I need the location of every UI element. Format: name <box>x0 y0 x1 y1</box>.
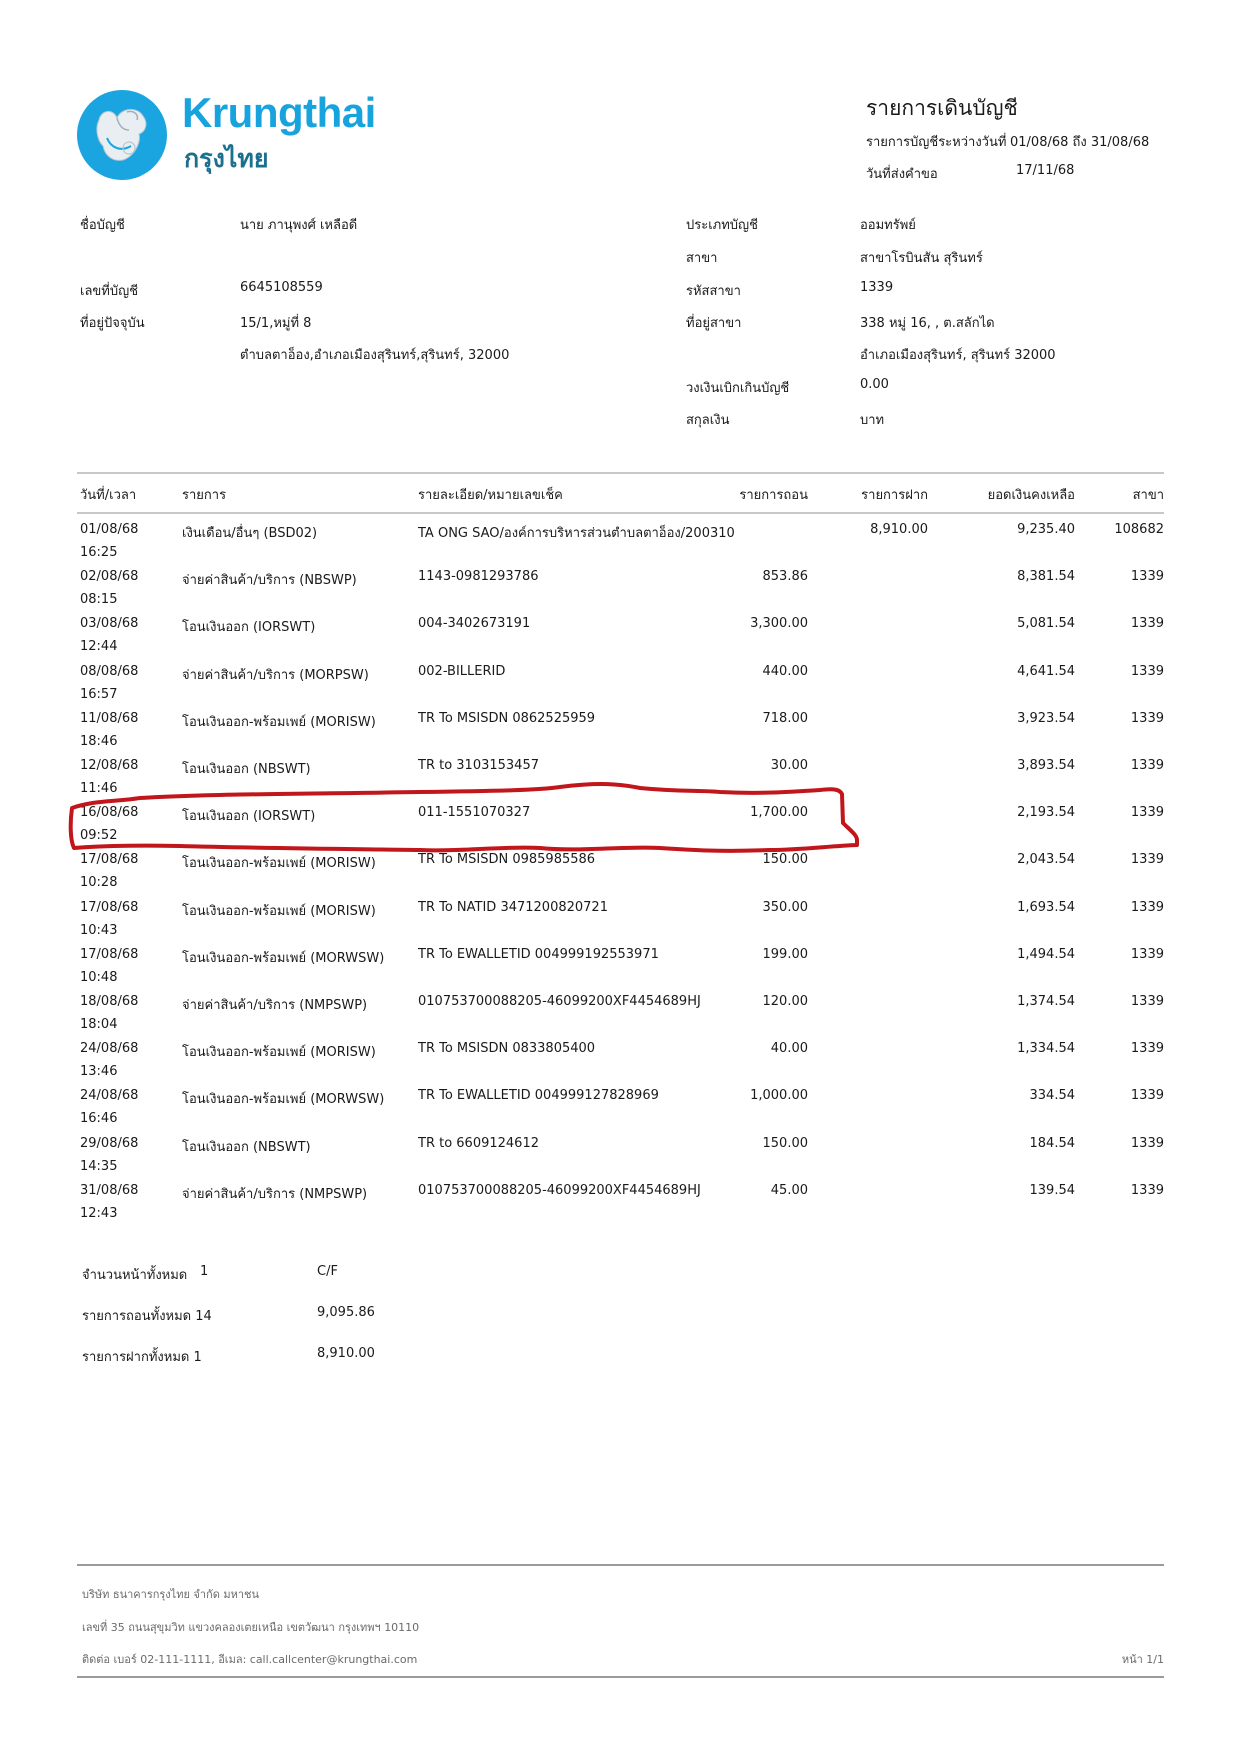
row-detail: TR To EWALLETID 004999127828969 <box>418 1088 659 1103</box>
address-line2: ตำบลตาอ็อง,อำเภอเมืองสุรินทร์,สุรินทร์, … <box>240 344 509 365</box>
branch-code-label: รหัสสาขา <box>686 280 741 301</box>
row-balance: 1,693.54 <box>920 900 1075 915</box>
header-detail: รายละเอียด/หมายเลขเช็ค <box>418 484 563 505</box>
row-branch: 1339 <box>1090 1183 1164 1198</box>
row-description: โอนเงินออก (IORSWT) <box>182 616 315 637</box>
row-description: โอนเงินออก (NBSWT) <box>182 1136 311 1157</box>
row-detail: TA ONG SAO/องค์การบริหารส่วนตำบลตาอ็อง/2… <box>418 522 735 543</box>
row-balance: 3,923.54 <box>920 711 1075 726</box>
row-branch: 1339 <box>1090 805 1164 820</box>
document-title: รายการเดินบัญชี <box>866 92 1018 125</box>
row-description: โอนเงินออก-พร้อมเพย์ (MORISW) <box>182 1041 376 1062</box>
brand-name-en: Krungthai <box>182 89 376 137</box>
branch-code-value: 1339 <box>860 280 893 295</box>
row-date: 17/08/68 <box>80 900 138 915</box>
request-date-value: 17/11/68 <box>1016 163 1074 178</box>
request-date-label: วันที่ส่งคำขอ <box>866 163 938 184</box>
row-balance: 139.54 <box>920 1183 1075 1198</box>
period-value: 01/08/68 ถึง 31/08/68 <box>1010 131 1149 152</box>
row-description: โอนเงินออก-พร้อมเพย์ (MORWSW) <box>182 947 384 968</box>
row-time: 12:44 <box>80 639 117 654</box>
row-branch: 1339 <box>1090 947 1164 962</box>
row-description: โอนเงินออก-พร้อมเพย์ (MORISW) <box>182 900 376 921</box>
row-withdrawal: 45.00 <box>680 1183 808 1198</box>
row-withdrawal: 1,000.00 <box>680 1088 808 1103</box>
row-balance: 1,334.54 <box>920 1041 1075 1056</box>
header-description: รายการ <box>182 484 226 505</box>
total-deposits-label: รายการฝากทั้งหมด 1 <box>82 1346 202 1367</box>
total-deposits-value: 8,910.00 <box>317 1346 375 1361</box>
row-branch: 1339 <box>1090 711 1164 726</box>
row-detail: TR to 3103153457 <box>418 758 539 773</box>
row-date: 29/08/68 <box>80 1136 138 1151</box>
row-detail: TR To MSISDN 0862525959 <box>418 711 595 726</box>
row-description: จ่ายค่าสินค้า/บริการ (NMPSWP) <box>182 994 367 1015</box>
row-balance: 8,381.54 <box>920 569 1075 584</box>
row-time: 09:52 <box>80 828 117 843</box>
row-description: โอนเงินออก (IORSWT) <box>182 805 315 826</box>
row-detail: TR To MSISDN 0833805400 <box>418 1041 595 1056</box>
row-description: จ่ายค่าสินค้า/บริการ (NMPSWP) <box>182 1183 367 1204</box>
row-branch: 1339 <box>1090 994 1164 1009</box>
row-withdrawal: 40.00 <box>680 1041 808 1056</box>
row-branch: 1339 <box>1090 758 1164 773</box>
row-withdrawal: 150.00 <box>680 852 808 867</box>
row-detail: 1143-0981293786 <box>418 569 539 584</box>
row-balance: 1,494.54 <box>920 947 1075 962</box>
row-withdrawal: 718.00 <box>680 711 808 726</box>
row-branch: 1339 <box>1090 852 1164 867</box>
account-type-label: ประเภทบัญชี <box>686 214 758 235</box>
row-description: จ่ายค่าสินค้า/บริการ (NBSWP) <box>182 569 357 590</box>
carried-forward-label: C/F <box>317 1264 338 1279</box>
red-highlight-annotation <box>0 0 1241 1754</box>
row-description: เงินเดือน/อื่นๆ (BSD02) <box>182 522 317 543</box>
row-balance: 9,235.40 <box>920 522 1075 537</box>
row-balance: 2,043.54 <box>920 852 1075 867</box>
row-date: 03/08/68 <box>80 616 138 631</box>
row-detail: 011-1551070327 <box>418 805 530 820</box>
row-description: โอนเงินออก (NBSWT) <box>182 758 311 779</box>
row-branch: 1339 <box>1090 900 1164 915</box>
currency-label: สกุลเงิน <box>686 409 729 430</box>
row-description: โอนเงินออก-พร้อมเพย์ (MORWSW) <box>182 1088 384 1109</box>
header-datetime: วันที่/เวลา <box>80 484 136 505</box>
row-branch: 1339 <box>1090 1088 1164 1103</box>
row-branch: 1339 <box>1090 569 1164 584</box>
row-date: 16/08/68 <box>80 805 138 820</box>
header-deposit: รายการฝาก <box>800 484 928 505</box>
row-balance: 334.54 <box>920 1088 1075 1103</box>
row-detail: 010753700088205-46099200XF4454689HJ <box>418 1183 701 1198</box>
currency-value: บาท <box>860 409 884 430</box>
total-pages-value: 1 <box>200 1264 208 1279</box>
row-withdrawal: 120.00 <box>680 994 808 1009</box>
total-withdrawals-value: 9,095.86 <box>317 1305 375 1320</box>
row-time: 10:48 <box>80 970 117 985</box>
row-time: 10:28 <box>80 875 117 890</box>
row-time: 08:15 <box>80 592 117 607</box>
overdraft-value: 0.00 <box>860 377 889 392</box>
account-name-label: ชื่อบัญชี <box>80 214 125 235</box>
row-withdrawal: 150.00 <box>680 1136 808 1151</box>
row-date: 08/08/68 <box>80 664 138 679</box>
footer-top-divider <box>77 1564 1164 1566</box>
row-time: 11:46 <box>80 781 117 796</box>
garuda-phoenix-logo-icon <box>77 90 167 180</box>
row-time: 18:46 <box>80 734 117 749</box>
row-balance: 3,893.54 <box>920 758 1075 773</box>
row-detail: 004-3402673191 <box>418 616 530 631</box>
account-number-label: เลขที่บัญชี <box>80 280 138 301</box>
footer-company: บริษัท ธนาคารกรุงไทย จำกัด มหาชน <box>82 1585 259 1603</box>
footer-address: เลขที่ 35 ถนนสุขุมวิท แขวงคลองเตยเหนือ เ… <box>82 1618 419 1636</box>
account-name-value: นาย ภานุพงศ์ เหลือดี <box>240 214 357 235</box>
row-description: โอนเงินออก-พร้อมเพย์ (MORISW) <box>182 711 376 732</box>
row-time: 18:04 <box>80 1017 117 1032</box>
row-time: 16:46 <box>80 1111 117 1126</box>
row-balance: 2,193.54 <box>920 805 1075 820</box>
row-detail: 002-BILLERID <box>418 664 505 679</box>
address-label: ที่อยู่ปัจจุบัน <box>80 312 145 333</box>
row-date: 24/08/68 <box>80 1088 138 1103</box>
row-balance: 1,374.54 <box>920 994 1075 1009</box>
row-branch: 1339 <box>1090 1041 1164 1056</box>
header-withdrawal: รายการถอน <box>680 484 808 505</box>
footer-bottom-divider <box>77 1676 1164 1678</box>
row-withdrawal: 1,700.00 <box>680 805 808 820</box>
row-deposit: 8,910.00 <box>800 522 928 537</box>
row-date: 18/08/68 <box>80 994 138 1009</box>
row-description: โอนเงินออก-พร้อมเพย์ (MORISW) <box>182 852 376 873</box>
row-time: 12:43 <box>80 1206 117 1221</box>
total-withdrawals-label: รายการถอนทั้งหมด 14 <box>82 1305 212 1326</box>
branch-address-label: ที่อยู่สาขา <box>686 312 741 333</box>
row-time: 16:25 <box>80 545 117 560</box>
row-date: 02/08/68 <box>80 569 138 584</box>
row-time: 13:46 <box>80 1064 117 1079</box>
row-time: 16:57 <box>80 687 117 702</box>
page-number: หน้า 1/1 <box>1060 1650 1164 1668</box>
row-detail: TR to 6609124612 <box>418 1136 539 1151</box>
branch-value: สาขาโรบินสัน สุรินทร์ <box>860 247 983 268</box>
row-date: 12/08/68 <box>80 758 138 773</box>
row-date: 17/08/68 <box>80 852 138 867</box>
row-date: 24/08/68 <box>80 1041 138 1056</box>
row-detail: TR To EWALLETID 004999192553971 <box>418 947 659 962</box>
total-pages-label: จำนวนหน้าทั้งหมด <box>82 1264 187 1285</box>
row-withdrawal: 853.86 <box>680 569 808 584</box>
row-time: 14:35 <box>80 1159 117 1174</box>
row-date: 17/08/68 <box>80 947 138 962</box>
krungthai-logo-icon <box>77 90 167 180</box>
account-type-value: ออมทรัพย์ <box>860 214 916 235</box>
brand-name-th: กรุงไทย <box>184 139 268 179</box>
table-header-divider <box>77 512 1164 514</box>
period-label: รายการบัญชีระหว่างวันที่ <box>866 131 1006 152</box>
row-balance: 184.54 <box>920 1136 1075 1151</box>
row-withdrawal: 30.00 <box>680 758 808 773</box>
row-description: จ่ายค่าสินค้า/บริการ (MORPSW) <box>182 664 369 685</box>
row-detail: TR To NATID 3471200820721 <box>418 900 608 915</box>
table-top-divider <box>77 472 1164 474</box>
row-detail: TR To MSISDN 0985985586 <box>418 852 595 867</box>
address-line1: 15/1,หมู่ที่ 8 <box>240 312 311 333</box>
row-time: 10:43 <box>80 923 117 938</box>
row-balance: 5,081.54 <box>920 616 1075 631</box>
footer-contact: ติดต่อ เบอร์ 02-111-1111, อีเมล: call.ca… <box>82 1650 417 1668</box>
row-branch: 1339 <box>1090 664 1164 679</box>
row-detail: 010753700088205-46099200XF4454689HJ <box>418 994 701 1009</box>
branch-address-line2: อำเภอเมืองสุรินทร์, สุรินทร์ 32000 <box>860 344 1056 365</box>
row-withdrawal: 350.00 <box>680 900 808 915</box>
row-withdrawal: 3,300.00 <box>680 616 808 631</box>
row-date: 11/08/68 <box>80 711 138 726</box>
header-balance: ยอดเงินคงเหลือ <box>920 484 1075 505</box>
row-withdrawal: 199.00 <box>680 947 808 962</box>
branch-address-line1: 338 หมู่ 16, , ต.สลักได <box>860 312 995 333</box>
overdraft-label: วงเงินเบิกเกินบัญชี <box>686 377 789 398</box>
header-branch: สาขา <box>1090 484 1164 505</box>
row-withdrawal: 440.00 <box>680 664 808 679</box>
row-date: 31/08/68 <box>80 1183 138 1198</box>
row-branch: 1339 <box>1090 616 1164 631</box>
branch-label: สาขา <box>686 247 717 268</box>
account-number-value: 6645108559 <box>240 280 323 295</box>
row-balance: 4,641.54 <box>920 664 1075 679</box>
row-branch: 1339 <box>1090 1136 1164 1151</box>
row-date: 01/08/68 <box>80 522 138 537</box>
row-branch: 108682 <box>1090 522 1164 537</box>
